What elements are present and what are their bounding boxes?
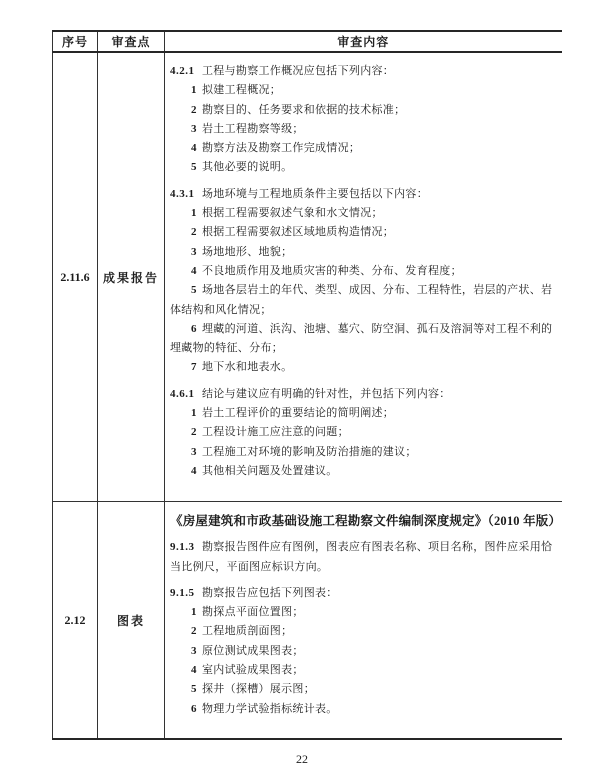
clause-text: 勘察报告应包括下列图表： [202,587,338,599]
clause-number: 9.1.5 [170,584,202,603]
row-point: 成果报告 [98,52,165,502]
clause-number: 2 [191,423,202,442]
content-section: 4.2.1工程与勘察工作概况应包括下列内容： [170,62,556,81]
content-item: 1勘探点平面位置图； [170,603,556,622]
content-section: 4.6.1结论与建议应有明确的针对性，并包括下列内容： [170,385,556,404]
clause-number: 4 [191,462,202,481]
clause-text: 勘察目的、任务要求和依据的技术标准； [202,104,405,116]
clause-text: 埋藏的河道、浜沟、池塘、墓穴、防空洞、孤石及溶洞等对工程不利的埋藏物的特征、分布… [170,323,552,354]
content-item: 7地下水和地表水。 [170,358,556,377]
clause-number: 3 [191,120,202,139]
content-item: 2根据工程需要叙述区域地质构造情况； [170,223,556,242]
clause-text: 工程地质剖面图； [202,625,292,637]
clause-text: 原位测试成果图表； [202,645,304,657]
clause-number: 1 [191,204,202,223]
content-item: 3原位测试成果图表； [170,642,556,661]
clause-text: 勘察方法及勘察工作完成情况； [202,142,360,154]
row-seq: 2.11.6 [53,52,98,502]
content-item: 4其他相关问题及处置建议。 [170,462,556,481]
document-page: 序号 审查点 审查内容 2.11.6成果报告4.2.1工程与勘察工作概况应包括下… [0,0,604,783]
content-section: 9.1.3勘察报告图件应有图例，图表应有图表名称、项目名称，图件应采用恰当比例尺… [170,538,556,577]
content-item: 3岩土工程勘察等级； [170,120,556,139]
clause-number: 2 [191,622,202,641]
clause-number: 4.2.1 [170,62,202,81]
clause-number: 3 [191,243,202,262]
table-row: 2.12图表《房屋建筑和市政基础设施工程勘察文件编制深度规定》（2010 年版）… [53,502,562,740]
header-seq: 序号 [53,31,98,52]
content-item: 4室内试验成果图表； [170,661,556,680]
clause-number: 4 [191,262,202,281]
clause-text: 室内试验成果图表； [202,664,304,676]
clause-number: 4 [191,139,202,158]
page-number: 22 [0,752,604,767]
row-seq: 2.12 [53,502,98,740]
content-section: 4.3.1场地环境与工程地质条件主要包括以下内容： [170,185,556,204]
header-row: 序号 审查点 审查内容 [53,31,562,52]
clause-text: 岩土工程勘察等级； [202,123,304,135]
header-content: 审查内容 [165,31,562,52]
content-item: 2工程设计施工应注意的问题； [170,423,556,442]
clause-text: 场地各层岩土的年代、类型、成因、分布、工程特性，岩层的产状、岩体结构和风化情况； [170,284,552,315]
content-item: 3场地地形、地貌； [170,243,556,262]
clause-number: 2 [191,223,202,242]
clause-text: 其他相关问题及处置建议。 [202,465,338,477]
clause-text: 工程设计施工应注意的问题； [202,426,349,438]
table-row: 2.11.6成果报告4.2.1工程与勘察工作概况应包括下列内容：1拟建工程概况；… [53,52,562,502]
clause-text: 不良地质作用及地质灾害的种类、分布、发育程度； [202,265,462,277]
clause-text: 工程与勘察工作概况应包括下列内容： [202,65,394,77]
content-item: 4不良地质作用及地质灾害的种类、分布、发育程度； [170,262,556,281]
content-item: 5其他必要的说明。 [170,158,556,177]
content-item: 5探井（探槽）展示图； [170,680,556,699]
content-item: 5场地各层岩土的年代、类型、成因、分布、工程特性，岩层的产状、岩体结构和风化情况… [170,281,556,320]
clause-number: 1 [191,603,202,622]
clause-number: 4.6.1 [170,385,202,404]
content-item: 1拟建工程概况； [170,81,556,100]
clause-text: 勘探点平面位置图； [202,606,304,618]
content-item: 2工程地质剖面图； [170,622,556,641]
clause-text: 拟建工程概况； [202,84,281,96]
clause-text: 《房屋建筑和市政基础设施工程勘察文件编制深度规定》（2010 年版） [170,514,561,528]
content-item: 1岩土工程评价的重要结论的简明阐述； [170,404,556,423]
clause-number: 9.1.3 [170,538,202,557]
clause-text: 工程施工对环境的影响及防治措施的建议； [202,446,417,458]
content-item: 6埋藏的河道、浜沟、池塘、墓穴、防空洞、孤石及溶洞等对工程不利的埋藏物的特征、分… [170,320,556,359]
clause-number: 6 [191,700,202,719]
content-section: 9.1.5勘察报告应包括下列图表： [170,584,556,603]
clause-number: 1 [191,404,202,423]
clause-text: 根据工程需要叙述区域地质构造情况； [202,226,394,238]
clause-text: 场地环境与工程地质条件主要包括以下内容： [202,188,428,200]
clause-number: 7 [191,358,202,377]
clause-number: 3 [191,443,202,462]
row-point: 图表 [98,502,165,740]
clause-text: 岩土工程评价的重要结论的简明阐述； [202,407,394,419]
content-item: 2勘察目的、任务要求和依据的技术标准； [170,101,556,120]
row-content: 4.2.1工程与勘察工作概况应包括下列内容：1拟建工程概况；2勘察目的、任务要求… [165,52,562,502]
clause-number: 1 [191,81,202,100]
clause-text: 其他必要的说明。 [202,161,292,173]
clause-number: 4.3.1 [170,185,202,204]
row-content: 《房屋建筑和市政基础设施工程勘察文件编制深度规定》（2010 年版）9.1.3勘… [165,502,562,740]
clause-number: 5 [191,158,202,177]
clause-number: 6 [191,320,202,339]
content-heading: 《房屋建筑和市政基础设施工程勘察文件编制深度规定》（2010 年版） [170,512,556,531]
header-point: 审查点 [98,31,165,52]
clause-text: 探井（探槽）展示图； [202,683,315,695]
clause-number: 2 [191,101,202,120]
clause-number: 4 [191,661,202,680]
clause-text: 场地地形、地貌； [202,246,292,258]
content-item: 4勘察方法及勘察工作完成情况； [170,139,556,158]
clause-text: 地下水和地表水。 [202,361,292,373]
table-header: 序号 审查点 审查内容 [53,31,562,52]
content-item: 1根据工程需要叙述气象和水文情况； [170,204,556,223]
content-item: 6物理力学试验指标统计表。 [170,700,556,719]
content-item: 3工程施工对环境的影响及防治措施的建议； [170,443,556,462]
clause-number: 5 [191,281,202,300]
review-table: 序号 审查点 审查内容 2.11.6成果报告4.2.1工程与勘察工作概况应包括下… [52,30,562,740]
clause-number: 3 [191,642,202,661]
clause-text: 结论与建议应有明确的针对性，并包括下列内容： [202,388,451,400]
clause-number: 5 [191,680,202,699]
clause-text: 根据工程需要叙述气象和水文情况； [202,207,383,219]
clause-text: 勘察报告图件应有图例，图表应有图表名称、项目名称，图件应采用恰当比例尺，平面图应… [170,541,552,572]
clause-text: 物理力学试验指标统计表。 [202,703,338,715]
table-body: 2.11.6成果报告4.2.1工程与勘察工作概况应包括下列内容：1拟建工程概况；… [53,52,562,739]
